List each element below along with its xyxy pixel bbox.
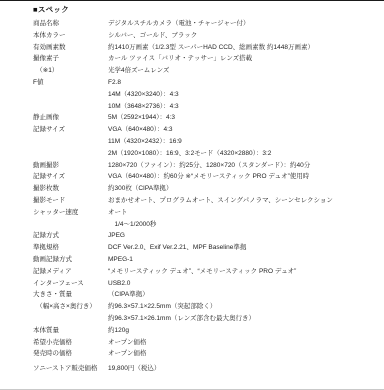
spec-value-line: VGA（640×480）：4:3 — [108, 124, 380, 136]
spec-value-line: 約96.3×57.1×22.5mm（突起部除く） — [108, 301, 380, 313]
spec-row: 準拠規格DCF Ver.2.0、Exif Ver.2.21、MPF Baseli… — [33, 242, 380, 254]
spec-value-line: F2.8 — [108, 77, 380, 89]
spec-row: 発売時の価格オープン価格 — [33, 348, 380, 360]
spec-row-label: 大きさ・質量 （幅×高さ×奥行き） — [33, 289, 108, 313]
spec-value-line: （CIPA準拠） — [108, 289, 380, 301]
spec-row: 本体カラーシルバー、ゴールド、ブラック — [33, 30, 380, 42]
spec-row: インターフェースUSB2.0 — [33, 278, 380, 290]
spec-label-line: 記録サイズ — [33, 124, 108, 136]
spec-row-label: ソニーストア販売価格 — [33, 363, 108, 375]
spec-row-value: F2.8 — [108, 77, 380, 89]
spec-value-line: カール ツァイス「バリオ・テッサー」レンズ搭載 — [108, 53, 380, 65]
spec-row-value: デジタルスチルカメラ（電池・チャージャー付） — [108, 18, 380, 30]
spec-row-label: 本体カラー — [33, 30, 108, 42]
spec-label-line: 発売時の価格 — [33, 348, 108, 360]
spec-row-value: 約1410万画素（1/2.3型 スーパーHAD CCD、総画素数 約1448万画… — [108, 42, 380, 54]
spec-row-value: オープン価格 — [108, 348, 380, 360]
spec-row-label: 動画撮影記録サイズ — [33, 160, 108, 184]
spec-label-line: 商品名称 — [33, 18, 108, 30]
spec-value-line: 2M（1920×1080）：16:9、3:2モード（4320×2880）：3:2 — [108, 148, 380, 160]
spec-row-label: 希望小売価格 — [33, 337, 108, 349]
spec-value-line: MPEG-1 — [108, 254, 380, 266]
spec-value-line: デジタルスチルカメラ（電池・チャージャー付） — [108, 18, 380, 30]
spec-row-label: 記録方式 — [33, 230, 108, 242]
spec-row: 大きさ・質量 （幅×高さ×奥行き）（CIPA準拠）約96.3×57.1×22.5… — [33, 289, 380, 324]
spec-label-line: シャッター速度 — [33, 207, 108, 219]
spec-label-line: 静止画像 — [33, 112, 108, 124]
spec-label-line: 撮影モード — [33, 195, 108, 207]
spec-row: 動画撮影記録サイズ1280×720（ファイン）：約25分、1280×720（スタ… — [33, 160, 380, 184]
spec-value-line: 約300枚（CIPA準拠） — [108, 183, 380, 195]
spec-value-line: オープン価格 — [108, 337, 380, 349]
spec-label-line: F値 — [33, 77, 108, 89]
spec-row-value: 14M（4320×3240）：4:310M（3648×2736）：4:35M（2… — [108, 89, 380, 160]
spec-row: 動画記録方式MPEG-1 — [33, 254, 380, 266]
spec-row: 撮影モードおまかせオート、プログラムオート、スイングパノラマ、シーンセレクション — [33, 195, 380, 207]
spec-value-line: 14M（4320×3240）：4:3 — [108, 89, 380, 101]
spec-row-value: MPEG-1 — [108, 254, 380, 266]
spec-row-value: JPEG — [108, 230, 380, 242]
spec-value-line: 10M（3648×2736）：4:3 — [108, 101, 380, 113]
spec-label-line: 本体カラー — [33, 30, 108, 42]
spec-row-label: 商品名称 — [33, 18, 108, 30]
spec-label-line: 有効画素数 — [33, 42, 108, 54]
spec-row-value: DCF Ver.2.0、Exif Ver.2.21、MPF Baseline準拠 — [108, 242, 380, 254]
spec-value-line: おまかせオート、プログラムオート、スイングパノラマ、シーンセレクション — [108, 195, 380, 207]
spec-row-label: インターフェース — [33, 278, 108, 290]
spec-row-label: 本体質量 — [33, 325, 108, 337]
spec-value-line: 約96.3×57.1×26.1mm（レンズ部含む最大奥行き） — [108, 313, 380, 325]
spec-value-line: DCF Ver.2.0、Exif Ver.2.21、MPF Baseline準拠 — [108, 242, 380, 254]
spec-label-line: 希望小売価格 — [33, 337, 108, 349]
spec-row: 撮影枚数約300枚（CIPA準拠） — [33, 183, 380, 195]
spec-row-value: 19,800円（税込） — [108, 363, 380, 375]
spec-row-value: カール ツァイス「バリオ・テッサー」レンズ搭載光学4倍ズームレンズ — [108, 53, 380, 77]
spec-row-value: 約120g — [108, 325, 380, 337]
spec-value-line: 約1410万画素（1/2.3型 スーパーHAD CCD、総画素数 約1448万画… — [108, 42, 380, 54]
spec-row-label: 動画記録方式 — [33, 254, 108, 266]
spec-value-line: JPEG — [108, 230, 380, 242]
spec-value-line: 5M（2592×1944）：4:3 — [108, 112, 380, 124]
spec-value-line: オープン価格 — [108, 348, 380, 360]
spec-label-line: （幅×高さ×奥行き） — [33, 301, 108, 313]
spec-row-value: 1280×720（ファイン）：約25分、1280×720（スタンダード）：約40… — [108, 160, 380, 184]
spec-label-line: 本体質量 — [33, 325, 108, 337]
spec-value-line: 1280×720（ファイン）：約25分、1280×720（スタンダード）：約40… — [108, 160, 380, 172]
spec-label-line: インターフェース — [33, 278, 108, 290]
spec-label-line: （※1） — [33, 65, 108, 77]
spec-row: 本体質量約120g — [33, 325, 380, 337]
spec-row: 希望小売価格オープン価格 — [33, 337, 380, 349]
spec-row-label: 準拠規格 — [33, 242, 108, 254]
spec-row-value: オート 1/4～1/2000秒 — [108, 207, 380, 231]
spec-value-line: USB2.0 — [108, 278, 380, 290]
spec-value-line: オート — [108, 207, 380, 219]
spec-row-label: 撮影枚数 — [33, 183, 108, 195]
spec-row-value: （CIPA準拠）約96.3×57.1×22.5mm（突起部除く）約96.3×57… — [108, 289, 380, 324]
spec-row-label: 撮影モード — [33, 195, 108, 207]
spec-row: 撮像素子 （※1）カール ツァイス「バリオ・テッサー」レンズ搭載光学4倍ズームレ… — [33, 53, 380, 77]
spec-page: ■スペック 商品名称デジタルスチルカメラ（電池・チャージャー付）本体カラーシルバ… — [0, 0, 384, 390]
spec-value-line: 光学4倍ズームレンズ — [108, 65, 380, 77]
spec-value-line: 19,800円（税込） — [108, 363, 380, 375]
spec-label-line: 記録メディア — [33, 266, 108, 278]
spec-row: 静止画像記録サイズ14M（4320×3240）：4:310M（3648×2736… — [33, 89, 380, 160]
spec-row-value: おまかせオート、プログラムオート、スイングパノラマ、シーンセレクション — [108, 195, 380, 207]
spec-row-label: 撮像素子 （※1） — [33, 53, 108, 77]
spec-row-label: 静止画像記録サイズ — [33, 112, 108, 136]
spec-row: 記録メディア“メモリースティック デュオ”、“メモリースティック PRO デュオ… — [33, 266, 380, 278]
spec-value-line: 1/4～1/2000秒 — [108, 219, 380, 231]
spec-row: F値F2.8 — [33, 77, 380, 89]
spec-row-label: 発売時の価格 — [33, 348, 108, 360]
spec-row-label: シャッター速度 — [33, 207, 108, 219]
spec-row: シャッター速度オート 1/4～1/2000秒 — [33, 207, 380, 231]
spec-row-value: USB2.0 — [108, 278, 380, 290]
spec-row: 商品名称デジタルスチルカメラ（電池・チャージャー付） — [33, 18, 380, 30]
spec-label-line: ソニーストア販売価格 — [33, 363, 108, 375]
spec-row-value: “メモリースティック デュオ”、“メモリースティック PRO デュオ” — [108, 266, 380, 278]
spec-row-value: オープン価格 — [108, 337, 380, 349]
spec-value-line: シルバー、ゴールド、ブラック — [108, 30, 380, 42]
spec-table: 商品名称デジタルスチルカメラ（電池・チャージャー付）本体カラーシルバー、ゴールド… — [33, 18, 380, 375]
page-title: ■スペック — [33, 5, 384, 15]
spec-label-line: 大きさ・質量 — [33, 289, 108, 301]
spec-value-line: VGA（640×480）：約60分 ※“メモリースティック PRO デュオ”使用… — [108, 171, 380, 183]
spec-row-value: 約300枚（CIPA準拠） — [108, 183, 380, 195]
spec-row: 記録方式JPEG — [33, 230, 380, 242]
spec-label-line: 準拠規格 — [33, 242, 108, 254]
spec-label-line: 撮像素子 — [33, 53, 108, 65]
spec-label-line: 記録方式 — [33, 230, 108, 242]
spec-label-line: 記録サイズ — [33, 171, 108, 183]
spec-label-line: 動画撮影 — [33, 160, 108, 172]
spec-value-line: 約120g — [108, 325, 380, 337]
spec-label-line: 動画記録方式 — [33, 254, 108, 266]
spec-row-label: 記録メディア — [33, 266, 108, 278]
spec-value-line: “メモリースティック デュオ”、“メモリースティック PRO デュオ” — [108, 266, 380, 278]
spec-row: 有効画素数約1410万画素（1/2.3型 スーパーHAD CCD、総画素数 約1… — [33, 42, 380, 54]
spec-row-value: シルバー、ゴールド、ブラック — [108, 30, 380, 42]
spec-row-label: F値 — [33, 77, 108, 89]
spec-row: ソニーストア販売価格19,800円（税込） — [33, 363, 380, 375]
spec-value-line: 11M（4320×2432）：16:9 — [108, 136, 380, 148]
spec-row-label: 有効画素数 — [33, 42, 108, 54]
spec-label-line: 撮影枚数 — [33, 183, 108, 195]
